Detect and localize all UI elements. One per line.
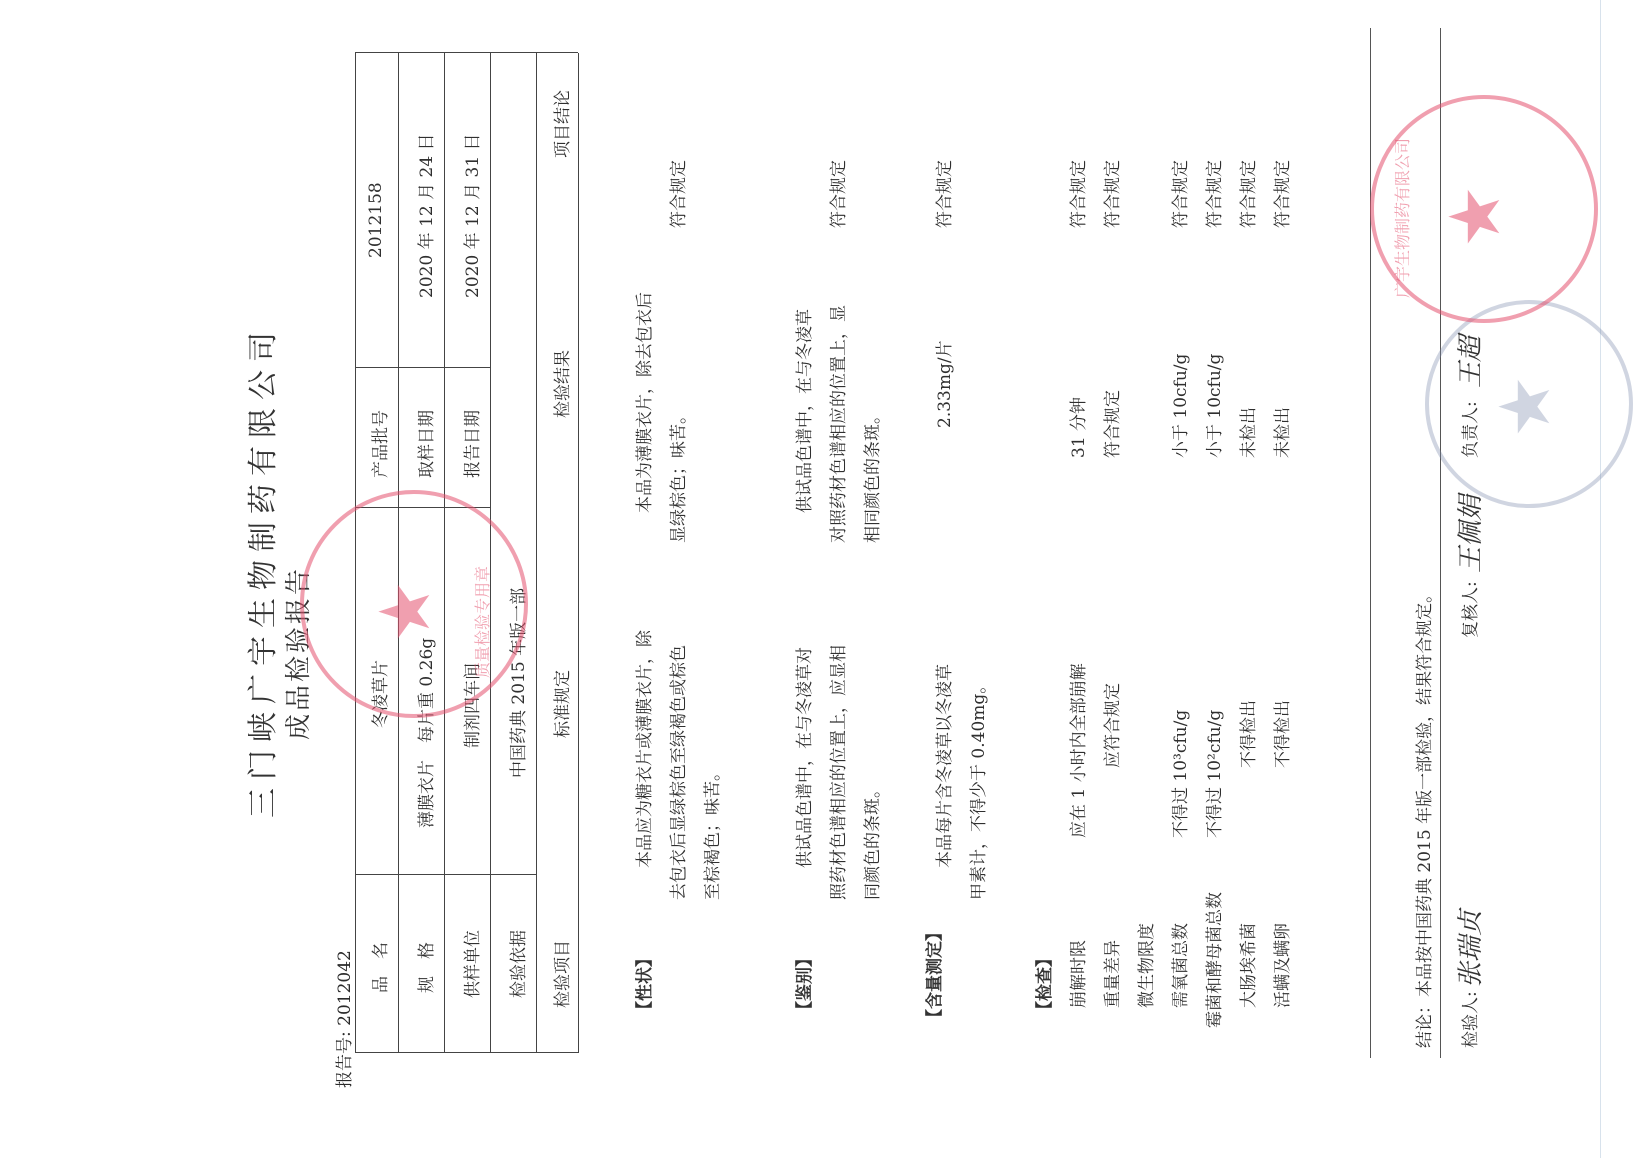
table-divider [355, 874, 536, 875]
section-inspection-title: 【检查】 [1030, 950, 1055, 1018]
inspection-report-document: 三门峡广宇生物制药有限公司 成品检验报告 报告号: 2012042 品 名 冬凌… [0, 0, 1638, 1158]
company-name: 三门峡广宇生物制药有限公司 [238, 324, 282, 818]
col-header-item: 检验项目 [548, 940, 573, 1008]
assay-conclusion: 符合规定 [930, 160, 955, 228]
identification-standard-line1: 供试品色谱中，在与冬凌草对 [790, 647, 815, 868]
appearance-result-line1: 本品为薄膜衣片，除去包衣后 [630, 292, 655, 513]
report-date-value: 2020 年 12 月 31 日 [458, 133, 483, 298]
appearance-standard-line1: 本品应为糖衣片或薄膜衣片，除 [630, 630, 655, 868]
product-name-label: 品 名 [366, 942, 391, 993]
identification-standard-line2: 照药材色谱相应的位置上，应显相 [824, 645, 849, 900]
inspection-item-name: 崩解时限 [1064, 940, 1089, 1008]
inspector-label: 检验人: [1456, 991, 1481, 1048]
inspection-item-result: 31 分钟 [1064, 397, 1089, 458]
inspection-item-standard: 不得过 10²cfu/g [1200, 710, 1225, 838]
qa-stamp-star-icon: ★ [370, 580, 440, 643]
footer-rule-top [1370, 28, 1371, 1058]
identification-result-line2: 对照药材色谱相应的位置上，显 [824, 305, 849, 543]
inspection-item-name: 活螨及螨卵 [1268, 923, 1293, 1008]
reviewer-label: 复核人: [1456, 581, 1481, 638]
inspection-item-conclusion: 符合规定 [1200, 160, 1225, 228]
identification-result-line1: 供试品色谱中，在与冬凌草 [790, 309, 815, 513]
inspection-item-name: 大肠埃希菌 [1234, 923, 1259, 1008]
supplier-label: 供样单位 [458, 930, 483, 998]
section-identification-title: 【鉴别】 [790, 950, 815, 1018]
qa-stamp-text: 质量检验专用章 [470, 566, 493, 678]
col-header-result: 检验结果 [548, 350, 573, 418]
inspection-item-standard: 不得检出 [1234, 700, 1259, 768]
report-number-label: 报告号: [335, 1031, 355, 1088]
inspection-item-conclusion: 符合规定 [1268, 160, 1293, 228]
sampling-date-value: 2020 年 12 月 24 日 [412, 133, 437, 298]
inspection-item-result: 小于 10cfu/g [1200, 354, 1225, 458]
inspection-item-name: 霉菌和酵母菌总数 [1200, 892, 1225, 1028]
reviewer-signature: 王佩娟 [1450, 495, 1487, 573]
final-conclusion: 结论：本品按中国药典 2015 年版一部检验，结果符合规定。 [1410, 586, 1435, 1048]
identification-conclusion: 符合规定 [824, 160, 849, 228]
inspection-item-conclusion: 符合规定 [1166, 160, 1191, 228]
assay-standard-line2: 甲素计，不得少于 0.40mg。 [964, 677, 989, 900]
report-number: 报告号: 2012042 [330, 950, 355, 1088]
inspection-item-result: 未检出 [1234, 407, 1259, 458]
spec-label: 规 格 [412, 942, 437, 993]
assay-standard-line1: 本品每片含冬凌草以冬凌草 [930, 664, 955, 868]
company-stamp-star-icon: ★ [1440, 185, 1510, 248]
inspection-item-result: 小于 10cfu/g [1166, 354, 1191, 458]
basis-label: 检验依据 [504, 930, 529, 998]
batch-no-value: 2012158 [366, 182, 386, 258]
appearance-result-line2: 显绿棕色；味苦。 [664, 407, 689, 543]
inspection-item-standard: 应在 1 小时内全部崩解 [1064, 663, 1089, 838]
col-header-standard: 标准规定 [548, 670, 573, 738]
table-border-left [355, 1052, 578, 1053]
appearance-standard-line3: 至棕褐色；味苦。 [698, 764, 723, 900]
inspection-item-name: 需氧菌总数 [1166, 923, 1191, 1008]
section-appearance-title: 【性状】 [630, 950, 655, 1018]
inspection-item-conclusion: 符合规定 [1234, 160, 1259, 228]
report-number-value: 2012042 [335, 950, 355, 1026]
company-stamp-faded-star-icon: ★ [1490, 375, 1560, 438]
appearance-conclusion: 符合规定 [664, 160, 689, 228]
inspection-item-standard: 不得检出 [1268, 700, 1293, 768]
inspection-item-standard: 应符合规定 [1098, 683, 1123, 768]
inspection-item-result: 未检出 [1268, 407, 1293, 458]
inspection-item-standard: 不得过 10³cfu/g [1166, 710, 1191, 838]
appearance-standard-line2: 去包衣后显绿棕色至绿褐色或棕色 [664, 645, 689, 900]
inspection-item-result: 符合规定 [1098, 390, 1123, 458]
inspector-signature: 张瑞贞 [1450, 910, 1487, 988]
table-border-right [355, 52, 578, 53]
table-rule [536, 53, 537, 1053]
batch-no-label: 产品批号 [366, 410, 391, 478]
report-date-label: 报告日期 [458, 410, 483, 478]
sampling-date-label: 取样日期 [412, 410, 437, 478]
inspection-item-name: 重量差异 [1098, 940, 1123, 1008]
col-header-conclusion: 项目结论 [548, 90, 573, 158]
identification-result-line3: 相同颜色的条斑。 [858, 407, 883, 543]
section-assay-title: 【含量测定】 [920, 924, 945, 1026]
inspection-item-name: 微生物限度 [1132, 923, 1157, 1008]
inspection-item-conclusion: 符合规定 [1064, 160, 1089, 228]
company-stamp-text: 广宇生物制药有限公司 [1390, 138, 1413, 298]
table-border-bottom [578, 53, 579, 1053]
assay-result: 2.33mg/片 [930, 340, 955, 428]
table-divider [355, 367, 490, 368]
identification-standard-line3: 同颜色的条斑。 [858, 781, 883, 900]
inspection-item-conclusion: 符合规定 [1098, 160, 1123, 228]
